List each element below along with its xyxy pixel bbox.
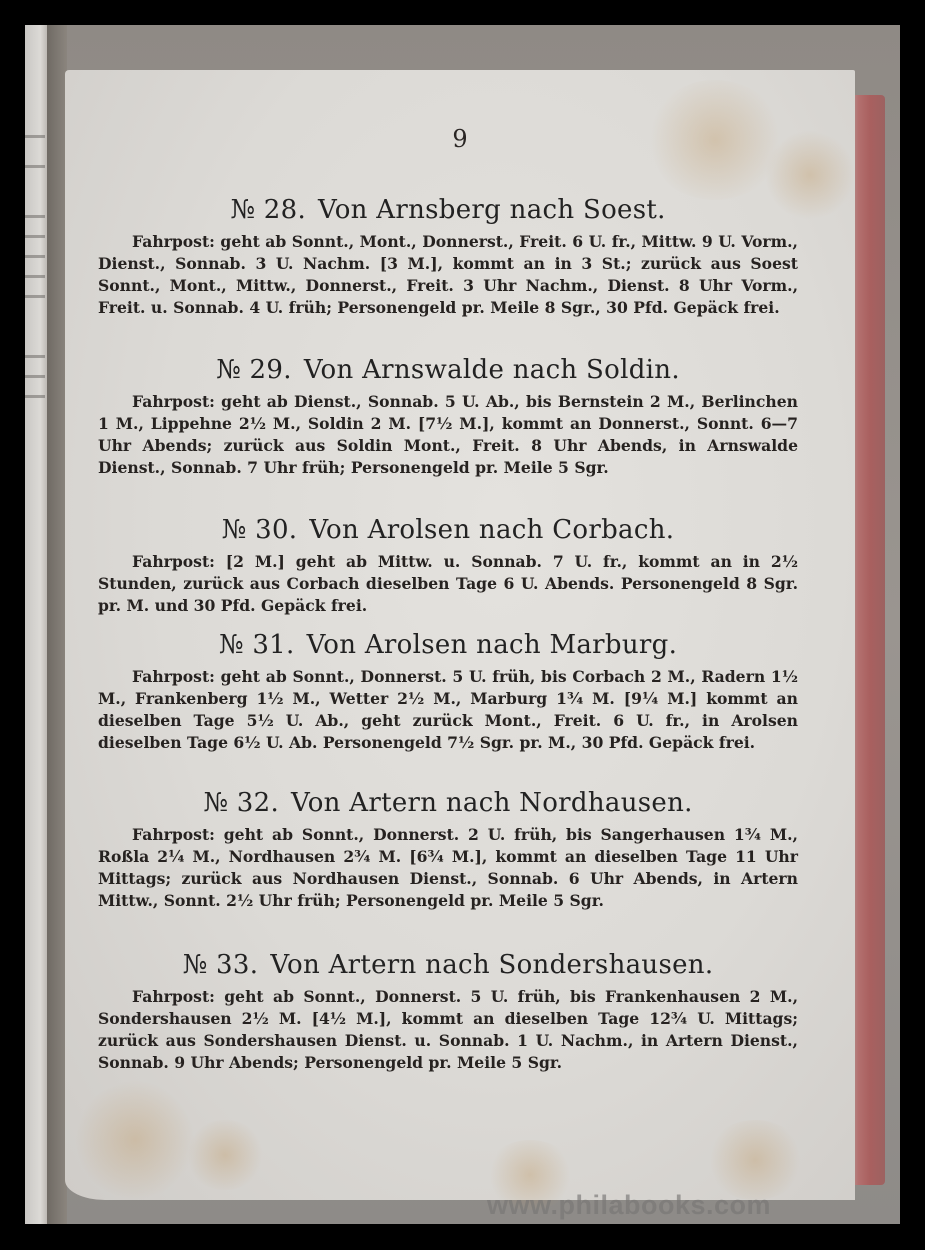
route-title: Von Arolsen nach Marburg. xyxy=(307,630,678,660)
route-entry-32: № 32.Von Artern nach Nordhausen. Fahrpos… xyxy=(98,788,798,912)
route-heading: № 29.Von Arnswalde nach Soldin. xyxy=(98,355,798,385)
page-number: 9 xyxy=(65,125,855,153)
route-description: Fahrpost: geht ab Dienst., Sonnab. 5 U. … xyxy=(98,391,798,479)
route-entry-28: № 28.Von Arnsberg nach Soest. Fahrpost: … xyxy=(98,195,798,319)
route-description: Fahrpost: geht ab Sonnt., Donnerst. 2 U.… xyxy=(98,824,798,912)
route-description: Fahrpost: geht ab Sonnt., Mont., Donners… xyxy=(98,231,798,319)
route-title: Von Artern nach Nordhausen. xyxy=(291,788,693,818)
route-heading: № 30.Von Arolsen nach Corbach. xyxy=(98,515,798,545)
route-description: Fahrpost: geht ab Sonnt., Donnerst. 5 U.… xyxy=(98,666,798,754)
route-entry-30: № 30.Von Arolsen nach Corbach. Fahrpost:… xyxy=(98,515,798,617)
book-page: 9 № 28.Von Arnsberg nach Soest. Fahrpost… xyxy=(65,70,855,1200)
foxing-stain xyxy=(75,1080,195,1200)
foxing-stain xyxy=(185,1120,265,1190)
route-title: Von Arolsen nach Corbach. xyxy=(309,515,674,545)
route-description: Fahrpost: [2 M.] geht ab Mittw. u. Sonna… xyxy=(98,551,798,617)
previous-page-edge xyxy=(25,25,47,1224)
route-entry-33: № 33.Von Artern nach Sondershausen. Fahr… xyxy=(98,950,798,1074)
route-number: № 30. xyxy=(222,515,298,545)
route-heading: № 33.Von Artern nach Sondershausen. xyxy=(98,950,798,980)
route-number: № 29. xyxy=(216,355,292,385)
route-number: № 33. xyxy=(183,950,259,980)
book-photo: 9 № 28.Von Arnsberg nach Soest. Fahrpost… xyxy=(25,25,900,1224)
foxing-stain xyxy=(705,1120,805,1200)
route-title: Von Artern nach Sondershausen. xyxy=(270,950,713,980)
route-number: № 31. xyxy=(219,630,295,660)
route-heading: № 31.Von Arolsen nach Marburg. xyxy=(98,630,798,660)
watermark: www.philabooks.com xyxy=(487,1190,771,1221)
gutter-shadow xyxy=(47,25,67,1224)
route-entry-29: № 29.Von Arnswalde nach Soldin. Fahrpost… xyxy=(98,355,798,479)
route-entry-31: № 31.Von Arolsen nach Marburg. Fahrpost:… xyxy=(98,630,798,754)
route-number: № 28. xyxy=(230,195,306,225)
route-heading: № 32.Von Artern nach Nordhausen. xyxy=(98,788,798,818)
route-title: Von Arnswalde nach Soldin. xyxy=(304,355,680,385)
route-title: Von Arnsberg nach Soest. xyxy=(318,195,666,225)
route-heading: № 28.Von Arnsberg nach Soest. xyxy=(98,195,798,225)
route-description: Fahrpost: geht ab Sonnt., Donnerst. 5 U.… xyxy=(98,986,798,1074)
route-number: № 32. xyxy=(203,788,279,818)
